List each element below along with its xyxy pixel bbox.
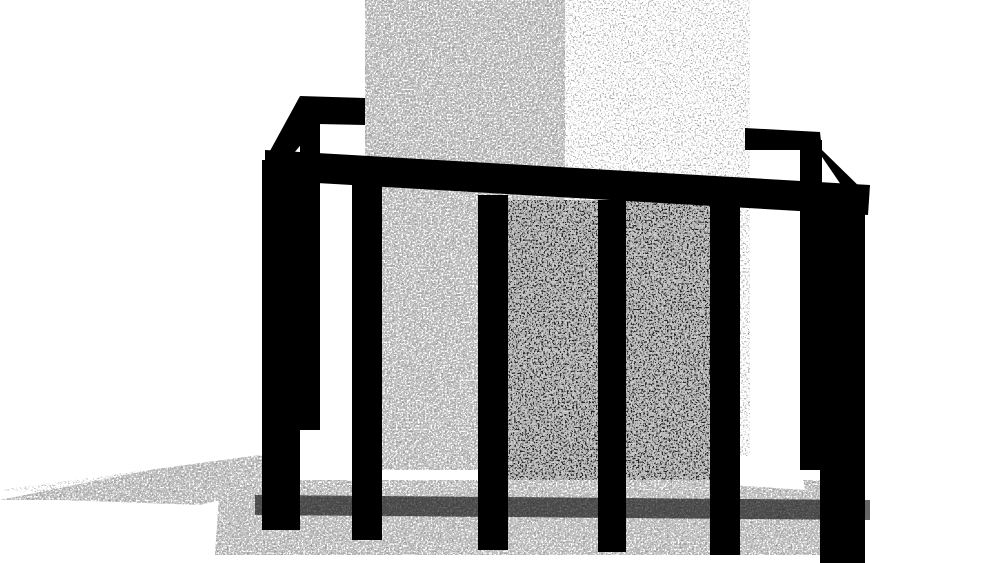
stone-marker [365,0,750,480]
photo-scene [0,0,1000,563]
